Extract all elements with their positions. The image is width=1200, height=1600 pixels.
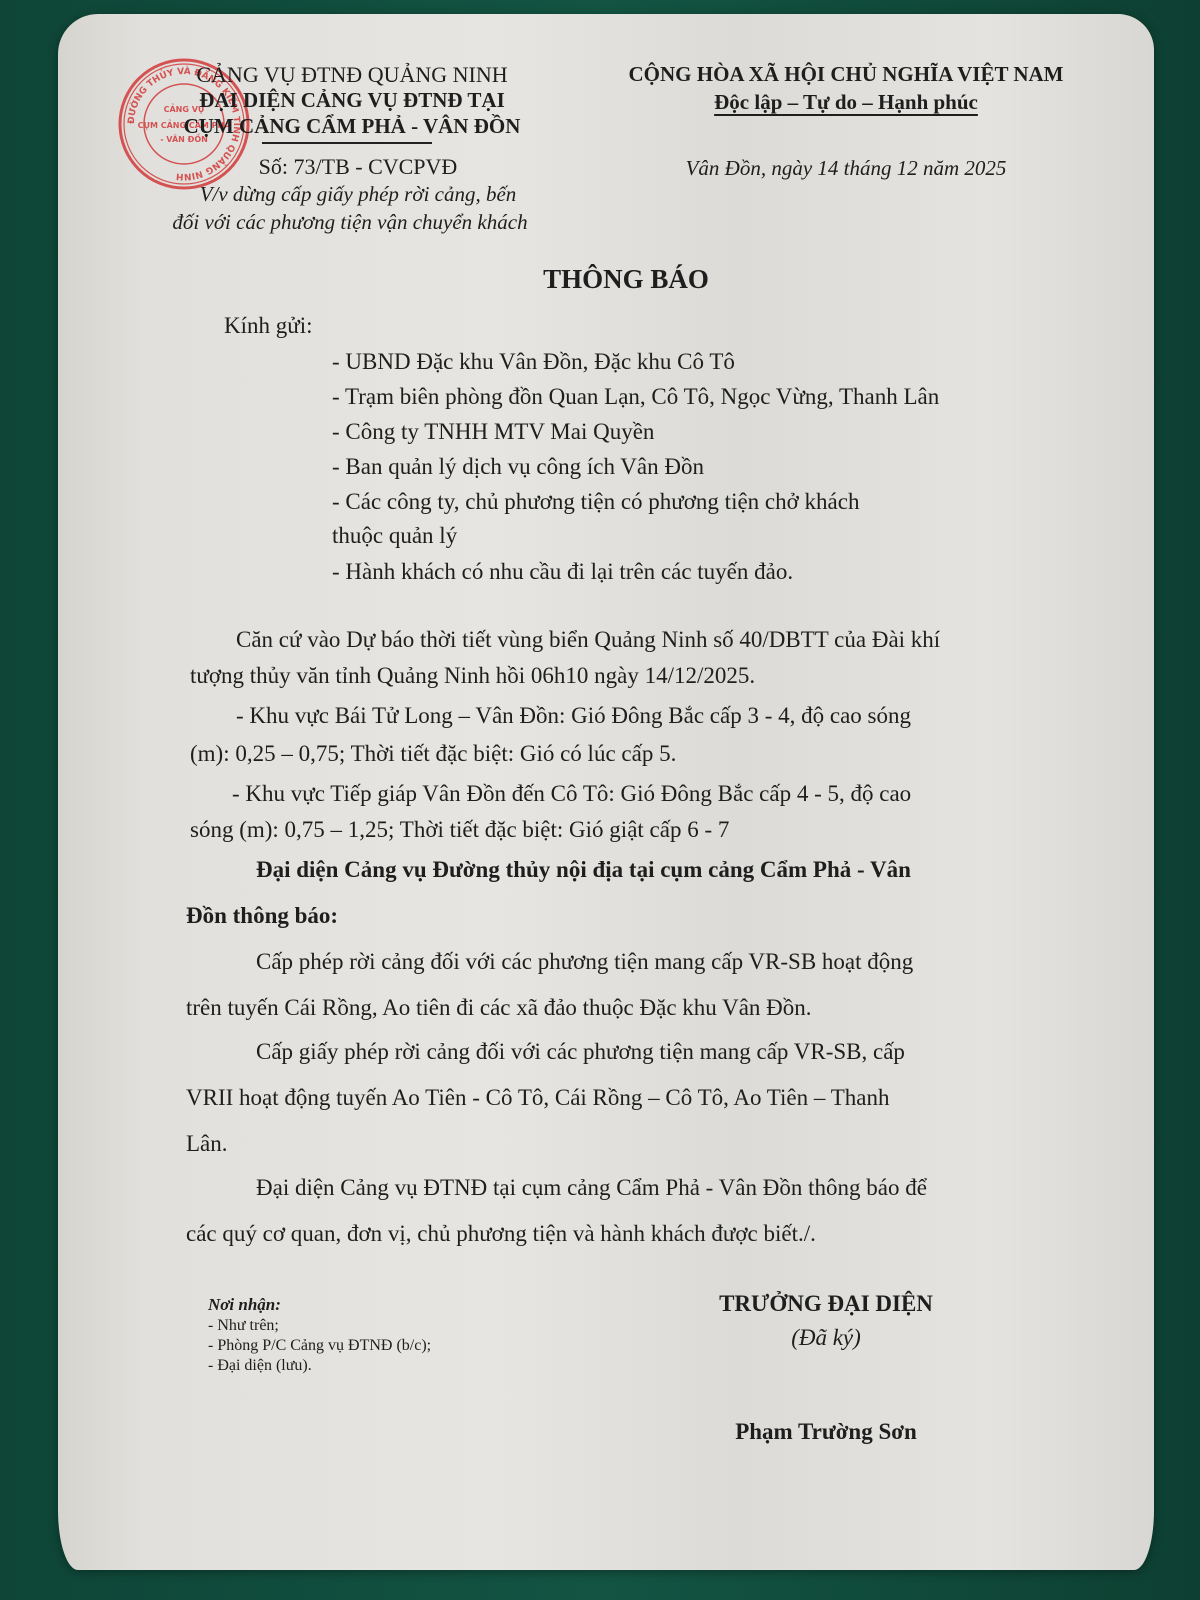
- recipient-item: thuộc quản lý: [332, 524, 457, 547]
- recipient-item: - Các công ty, chủ phương tiện có phương…: [332, 490, 859, 513]
- distribution-item: - Đại diện (lưu).: [208, 1358, 312, 1374]
- body-line: sóng (m): 0,75 – 1,25; Thời tiết đặc biệ…: [190, 818, 729, 841]
- signer-name: Phạm Trường Sơn: [735, 1420, 917, 1443]
- body-line: các quý cơ quan, đơn vị, chủ phương tiện…: [186, 1222, 816, 1245]
- body-line: - Khu vực Tiếp giáp Vân Đồn đến Cô Tô: G…: [232, 782, 911, 805]
- body-line-bold: Đồn thông báo:: [186, 904, 338, 927]
- recipient-item: - Ban quản lý dịch vụ công ích Vân Đồn: [332, 455, 704, 478]
- agency-underline: [262, 142, 432, 144]
- distribution-item: - Như trên;: [208, 1318, 279, 1334]
- distribution-item: - Phòng P/C Cảng vụ ĐTNĐ (b/c);: [208, 1338, 431, 1354]
- subject-line1: V/v dừng cấp giấy phép rời cảng, bến: [200, 184, 517, 205]
- agency-name-line2: CỤM CẢNG CẨM PHẢ - VÂN ĐỒN: [184, 116, 521, 137]
- body-line: Đại diện Cảng vụ ĐTNĐ tại cụm cảng Cẩm P…: [256, 1176, 927, 1199]
- body-line: trên tuyến Cái Rồng, Ao tiên đi các xã đ…: [186, 996, 812, 1019]
- distribution-label: Nơi nhận:: [208, 1296, 281, 1313]
- body-line: Lân.: [186, 1132, 228, 1155]
- subject-line2: đối với các phương tiện vận chuyển khách: [172, 212, 527, 233]
- body-line: tượng thủy văn tỉnh Quảng Ninh hồi 06h10…: [190, 664, 755, 687]
- signature-status: (Đã ký): [791, 1326, 861, 1349]
- signer-title: TRƯỞNG ĐẠI DIỆN: [719, 1292, 933, 1315]
- document-title: THÔNG BÁO: [543, 266, 709, 293]
- recipient-item: - Hành khách có nhu cầu đi lại trên các …: [332, 560, 793, 583]
- recipients-label: Kính gửi:: [224, 314, 313, 337]
- body-line: (m): 0,25 – 0,75; Thời tiết đặc biệt: Gi…: [190, 742, 676, 765]
- national-motto: Độc lập – Tự do – Hạnh phúc: [714, 92, 978, 113]
- body-line: Cấp phép rời cảng đối với các phương tiệ…: [256, 950, 913, 973]
- recipient-item: - Công ty TNHH MTV Mai Quyền: [332, 420, 654, 443]
- document-number: Số: 73/TB - CVCPVĐ: [259, 156, 458, 178]
- body-line-bold: Đại diện Cảng vụ Đường thủy nội địa tại …: [256, 858, 911, 881]
- recipient-item: - Trạm biên phòng đồn Quan Lạn, Cô Tô, N…: [332, 385, 939, 408]
- agency-name-line1: ĐẠI DIỆN CẢNG VỤ ĐTNĐ TẠI: [199, 90, 505, 111]
- place-date: Vân Đồn, ngày 14 tháng 12 năm 2025: [686, 158, 1007, 179]
- body-line: Căn cứ vào Dự báo thời tiết vùng biển Qu…: [236, 628, 940, 651]
- body-line: - Khu vực Bái Tử Long – Vân Đồn: Gió Đôn…: [236, 704, 911, 727]
- agency-parent: CẢNG VỤ ĐTNĐ QUẢNG NINH: [196, 64, 507, 86]
- recipient-item: - UBND Đặc khu Vân Đồn, Đặc khu Cô Tô: [332, 350, 735, 373]
- body-line: Cấp giấy phép rời cảng đối với các phươn…: [256, 1040, 905, 1063]
- body-line: VRII hoạt động tuyến Ao Tiên - Cô Tô, Cá…: [186, 1086, 889, 1109]
- nation-title: CỘNG HÒA XÃ HỘI CHỦ NGHĨA VIỆT NAM: [628, 64, 1063, 85]
